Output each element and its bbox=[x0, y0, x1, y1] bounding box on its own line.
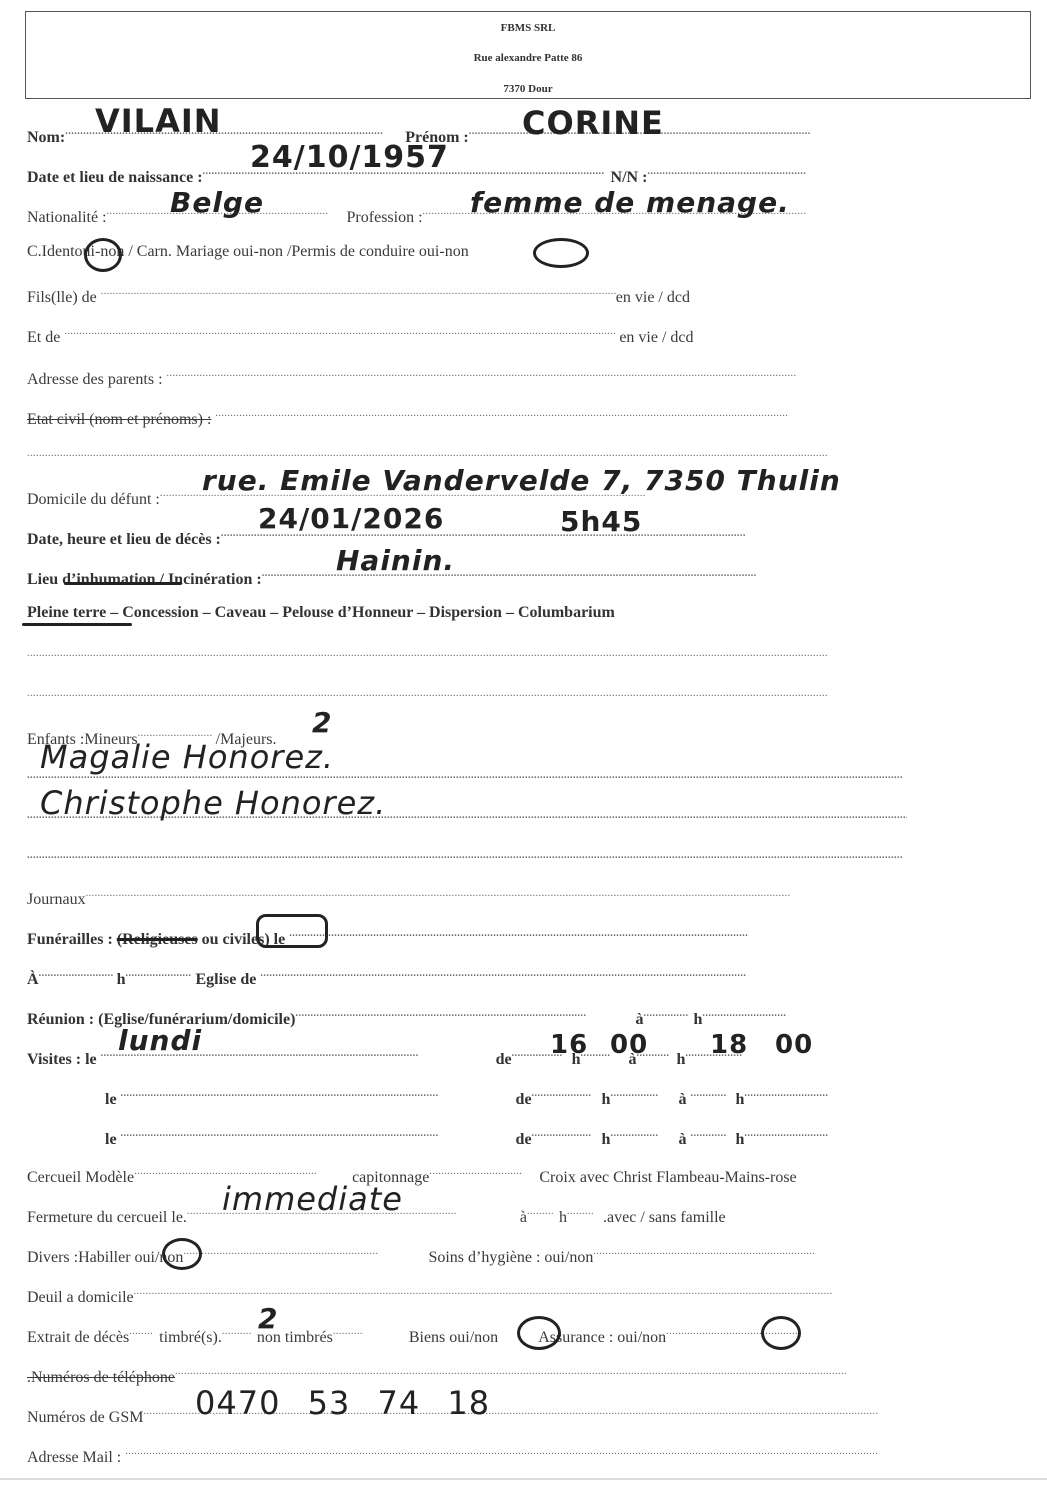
timbres-label: timbré(s). bbox=[159, 1329, 222, 1346]
nom-label: Nom: bbox=[27, 129, 65, 146]
croix-label: Croix avec Christ Flambeau-Mains-rose bbox=[539, 1169, 796, 1186]
religieuses-option[interactable]: (Religieuses bbox=[117, 931, 198, 948]
company-street: Rue alexandre Patte 86 bbox=[26, 52, 1030, 64]
incineration-label: / Incinération : bbox=[156, 571, 262, 588]
de-label: de bbox=[516, 1131, 532, 1148]
enfant-2[interactable]: Christophe Honorez. bbox=[40, 784, 386, 822]
de-label: de bbox=[496, 1051, 512, 1068]
cident-rest: -non / Carn. Mariage oui-non /Permis de … bbox=[95, 243, 439, 260]
visites-a-heure[interactable]: 18 bbox=[710, 1030, 748, 1060]
company-header: FBMS SRL Rue alexandre Patte 86 7370 Dou… bbox=[25, 11, 1031, 99]
lieu-label-a: Lieu bbox=[27, 571, 62, 588]
civiles-circle bbox=[256, 914, 328, 948]
inhumation-option[interactable]: d’inhumation bbox=[62, 571, 155, 588]
cident-label: C.Ident bbox=[27, 243, 75, 260]
blank-line-3: ........................................… bbox=[27, 684, 870, 710]
a-label: À bbox=[27, 971, 39, 988]
company-name: FBMS SRL bbox=[26, 22, 1030, 34]
h-label: h bbox=[735, 1131, 744, 1148]
etde-row: Et de ..................................… bbox=[27, 322, 694, 348]
soins-label[interactable]: Soins d’hygiène : oui/non bbox=[428, 1249, 593, 1266]
permis-non-circle bbox=[533, 238, 589, 268]
habiller-oui-circle bbox=[162, 1238, 202, 1270]
visites-de-heure[interactable]: 16 bbox=[550, 1030, 588, 1060]
etde-en-vie-dcd[interactable]: en vie / dcd bbox=[619, 329, 693, 346]
le-label: le bbox=[105, 1131, 117, 1148]
assurance-non-circle bbox=[761, 1316, 801, 1350]
h-label: h bbox=[602, 1091, 611, 1108]
fils-en-vie-dcd[interactable]: en vie / dcd bbox=[616, 289, 690, 306]
prenom-value[interactable]: CORINE bbox=[522, 104, 664, 142]
lieu-value[interactable]: Hainin. bbox=[336, 544, 455, 577]
cident-oui-circle bbox=[84, 238, 122, 272]
mail-label: Adresse Mail : bbox=[27, 1449, 121, 1466]
page-bottom-edge bbox=[0, 1478, 1047, 1480]
biens-non-option[interactable]: /non bbox=[470, 1329, 498, 1346]
habiller-oui-option[interactable]: oui bbox=[135, 1249, 155, 1266]
profession-value[interactable]: femme de menage. bbox=[470, 186, 790, 219]
h-label: h bbox=[559, 1209, 567, 1226]
naissance-label: Date et lieu de naissance : bbox=[27, 169, 203, 186]
gsm-label: Numéros de GSM bbox=[27, 1409, 143, 1426]
funerailles-label: Funérailles : bbox=[27, 931, 117, 948]
assurance-non-option[interactable]: non bbox=[642, 1329, 666, 1346]
eglise-row: À.........................h.............… bbox=[27, 964, 825, 990]
visites-de-minutes[interactable]: 00 bbox=[610, 1030, 648, 1060]
fermeture-value[interactable]: immediate bbox=[222, 1180, 403, 1218]
blank-line-2: ........................................… bbox=[27, 644, 870, 670]
visites-row-2: le .....................................… bbox=[105, 1084, 844, 1110]
h-label: h bbox=[117, 971, 126, 988]
etde-label: Et de bbox=[27, 329, 60, 346]
de-label: de bbox=[516, 1091, 532, 1108]
cercueil-row: Cercueil Modèle.........................… bbox=[27, 1162, 797, 1188]
a-label: à bbox=[678, 1091, 686, 1108]
mail-row: Adresse Mail : .........................… bbox=[27, 1442, 940, 1468]
domicile-label: Domicile du défunt : bbox=[27, 491, 160, 508]
etat-civil-row: Etat civil (nom et prénoms) : ..........… bbox=[27, 404, 835, 430]
biens-oui-option[interactable]: oui bbox=[449, 1329, 469, 1346]
divers-label: Divers :Habiller bbox=[27, 1249, 131, 1266]
etat-civil-label: Etat civil (nom et prénoms) : bbox=[27, 411, 211, 428]
h-label: h bbox=[735, 1091, 744, 1108]
journaux-row: Journaux................................… bbox=[27, 884, 856, 910]
h-label: h bbox=[677, 1051, 686, 1068]
profession-label: Profession : bbox=[347, 209, 423, 226]
adresse-parents-row: Adresse des parents : ..................… bbox=[27, 364, 852, 390]
naissance-value[interactable]: 24/10/1957 bbox=[250, 140, 449, 175]
extrait-label: Extrait de décès bbox=[27, 1329, 129, 1346]
visites-jour[interactable]: lundi bbox=[118, 1024, 202, 1057]
avec-sans-famille[interactable]: .avec / sans famille bbox=[603, 1209, 726, 1226]
le-label: le bbox=[105, 1091, 117, 1108]
journaux-label: Journaux bbox=[27, 891, 86, 908]
nn-label: N/N : bbox=[611, 169, 648, 186]
deces-heure[interactable]: 5h45 bbox=[560, 505, 642, 538]
h-label: h bbox=[602, 1131, 611, 1148]
fils-row: Fils(lle) de ...........................… bbox=[27, 282, 690, 308]
cercueil-label: Cercueil Modèle bbox=[27, 1169, 134, 1186]
reunion-a: à bbox=[635, 1011, 643, 1028]
sepulture-options-row: Pleine terre – Concession – Caveau – Pel… bbox=[27, 603, 615, 623]
telephone-label: .Numéros de téléphone bbox=[27, 1369, 175, 1386]
extrait-row: Extrait de décès........timbré(s).......… bbox=[27, 1322, 826, 1348]
other-sepulture-options: – Concession – Caveau – Pelouse d’Honneu… bbox=[106, 604, 615, 621]
inhumation-underline bbox=[64, 582, 182, 585]
visites-label: Visites : le bbox=[27, 1051, 97, 1068]
pleine-terre-underline bbox=[22, 623, 132, 626]
adresse-parents-label: Adresse des parents : bbox=[27, 371, 163, 388]
enfants-line-3: ........................................… bbox=[27, 846, 902, 872]
a-label: à bbox=[520, 1209, 527, 1226]
eglise-label: Eglise de bbox=[195, 971, 256, 988]
biens-label: Biens bbox=[409, 1329, 445, 1346]
gsm-value[interactable]: 0470 53 74 18 bbox=[195, 1384, 490, 1422]
funerailles-row: Funérailles : (Religieuses ou civiles) l… bbox=[27, 924, 809, 950]
enfant-1[interactable]: Magalie Honorez. bbox=[40, 738, 334, 776]
visites-row-3: le .....................................… bbox=[105, 1124, 844, 1150]
pleine-terre-option[interactable]: Pleine terre bbox=[27, 604, 106, 621]
a-label: à bbox=[678, 1131, 686, 1148]
deuil-label: Deuil a domicile bbox=[27, 1289, 134, 1306]
visites-a-minutes[interactable]: 00 bbox=[775, 1030, 813, 1060]
divers-row: Divers :Habiller oui/non................… bbox=[27, 1242, 863, 1268]
fils-label: Fils(lle) de bbox=[27, 289, 97, 306]
majeurs-value[interactable]: 2 bbox=[312, 706, 332, 739]
company-city: 7370 Dour bbox=[26, 83, 1030, 95]
nationalite-label: Nationalité : bbox=[27, 209, 107, 226]
nationalite-value[interactable]: Belge bbox=[170, 186, 264, 219]
deuil-row: Deuil a domicile........................… bbox=[27, 1282, 909, 1308]
biens-oui-circle bbox=[517, 1316, 561, 1350]
fermeture-label: Fermeture du cercueil le. bbox=[27, 1209, 187, 1226]
permis-non-option[interactable]: -non bbox=[439, 243, 468, 260]
reunion-h: h bbox=[693, 1011, 702, 1028]
timbres-value[interactable]: 2 bbox=[258, 1302, 278, 1335]
deces-label: Date, heure et lieu de décès : bbox=[27, 531, 221, 548]
funerailles-ou: ou bbox=[198, 931, 223, 948]
deces-date[interactable]: 24/01/2026 bbox=[258, 502, 444, 535]
domicile-value[interactable]: rue. Emile Vandervelde 7, 7350 Thulin bbox=[202, 464, 841, 497]
nom-value[interactable]: VILAIN bbox=[95, 102, 222, 140]
